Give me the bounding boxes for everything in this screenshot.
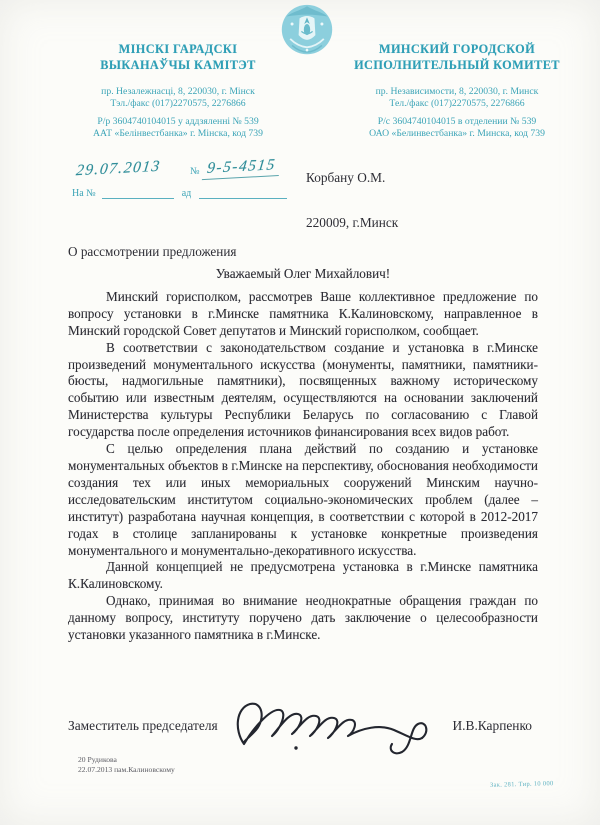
org-title-by: МІНСКІ ГАРАДСКІ ВЫКАНАЎЧЫ КАМІТЭТ — [72, 42, 284, 73]
org-title-by-line2: ВЫКАНАЎЧЫ КАМІТЭТ — [72, 58, 284, 74]
address-line: Тел./факс (017)2270575, 2276866 — [348, 98, 566, 110]
body-paragraph: Минский горисполком, рассмотрев Ваше кол… — [68, 289, 538, 340]
letter-page: МІНСКІ ГАРАДСКІ ВЫКАНАЎЧЫ КАМІТЭТ пр. Не… — [0, 0, 600, 825]
print-order-info: Зак. 281. Тир. 10 000 — [490, 780, 554, 789]
executor-line1: 20 Рудикова — [78, 755, 175, 765]
number-sign: № — [190, 166, 200, 177]
address-line: ААТ «Белінвестбанка» г. Мінска, код 739 — [72, 128, 284, 140]
body-paragraph: В соответствии с законодательством созда… — [68, 340, 538, 441]
address-line: Р/с 3604740104015 в отделении № 539 — [348, 116, 566, 128]
from-date-label: ад — [182, 188, 192, 199]
blank-number-line — [102, 188, 174, 199]
handwritten-date: 29.07.2013 — [75, 158, 162, 181]
incoming-reference-row: На №ад — [72, 188, 322, 199]
org-address-by: пр. Незалежнасці, 8, 220030, г. Мінск Тэ… — [72, 86, 284, 140]
address-line: пр. Независимости, 8, 220030, г. Минск — [348, 86, 566, 98]
handwritten-outgoing-number: 9-5-4515 — [202, 156, 281, 180]
minsk-coat-of-arms-icon — [279, 3, 335, 58]
recipient-block: Корбану О.М. 220009, г.Минск — [306, 170, 526, 231]
org-title-ru-line1: МИНСКИЙ ГОРОДСКОЙ — [348, 42, 566, 58]
body-paragraph: Однако, принимая во внимание неоднократн… — [68, 593, 538, 644]
body-paragraph: Данной концепцией не предусмотрена устан… — [68, 559, 538, 593]
executor-note: 20 Рудикова 22.07.2013 пам.Калиновскому — [78, 755, 175, 774]
letterhead-russian: МИНСКИЙ ГОРОДСКОЙ ИСПОЛНИТЕЛЬНЫЙ КОМИТЕТ… — [348, 42, 566, 140]
recipient-address: 220009, г.Минск — [306, 215, 526, 231]
salutation: Уважаемый Олег Михайлович! — [68, 266, 538, 283]
recipient-name: Корбану О.М. — [306, 170, 526, 186]
address-line: Р/р 3604740104015 у аддзяленні № 539 — [72, 116, 284, 128]
address-line: Тэл./факс (017)2270575, 2276866 — [72, 98, 284, 110]
signature-block: Заместитель председателя И.В.Карпенко — [68, 714, 538, 744]
blank-date-line — [199, 188, 287, 199]
body-paragraph: С целью определения плана действий по со… — [68, 441, 538, 559]
subject-line: О рассмотрении предложения — [68, 244, 236, 260]
letter-body: Уважаемый Олег Михайлович! Минский горис… — [68, 266, 538, 644]
address-line: пр. Незалежнасці, 8, 220030, г. Мінск — [72, 86, 284, 98]
signer-position: Заместитель председателя — [68, 718, 218, 734]
letterhead-belarusian: МІНСКІ ГАРАДСКІ ВЫКАНАЎЧЫ КАМІТЭТ пр. Не… — [72, 42, 284, 140]
reference-date-number-row: 29.07.2013 № 9-5-4515 — [72, 160, 312, 184]
executor-line2: 22.07.2013 пам.Калиновскому — [78, 765, 175, 775]
on-number-label: На № — [72, 188, 96, 199]
org-title-ru: МИНСКИЙ ГОРОДСКОЙ ИСПОЛНИТЕЛЬНЫЙ КОМИТЕТ — [348, 42, 566, 73]
org-title-by-line1: МІНСКІ ГАРАДСКІ — [72, 42, 284, 58]
org-address-ru: пр. Независимости, 8, 220030, г. Минск Т… — [348, 86, 566, 140]
org-title-ru-line2: ИСПОЛНИТЕЛЬНЫЙ КОМИТЕТ — [348, 58, 566, 74]
address-line: ОАО «Белинвестбанка» г. Минска, код 739 — [348, 128, 566, 140]
signer-name: И.В.Карпенко — [453, 718, 533, 734]
handwritten-signature — [230, 688, 440, 760]
